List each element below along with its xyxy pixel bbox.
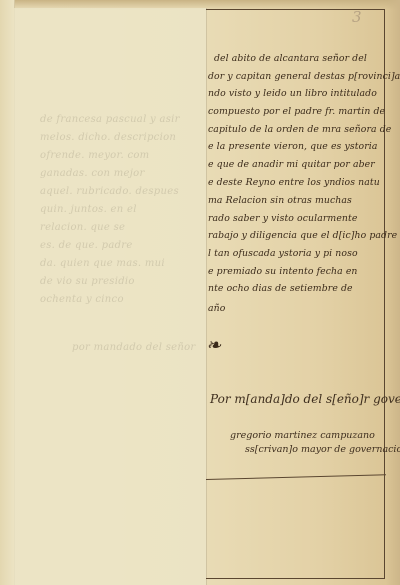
manuscript-page: de francesa pascual y asir melos. dicho.… <box>0 0 400 585</box>
manuscript-line: del abito de alcantara señor del <box>214 53 367 64</box>
ghost-text-line: da. quien que mas. mui <box>40 258 165 269</box>
ghost-text-line: ochenta y cinco <box>40 294 124 305</box>
manuscript-line: e deste Reyno entre los yndios natu <box>208 177 380 188</box>
secretary-title: ss[crivan]o mayor de governacion <box>245 444 400 455</box>
order-line: Por m[anda]do del s[eño]r governador <box>210 392 400 406</box>
manuscript-line: ma Relacion sin otras muchas <box>208 195 352 206</box>
manuscript-line: rado saber y visto ocularmente <box>208 213 357 224</box>
manuscript-line: ndo visto y leido un libro intitulado <box>208 88 377 99</box>
folio-number: 3 <box>352 8 362 26</box>
ghost-text-line: quin. juntos. en el <box>40 204 137 215</box>
manuscript-line: e premiado su intento fecha en <box>208 266 358 277</box>
manuscript-line: e que de anadir mi quitar por aber <box>208 159 375 170</box>
ghost-text-line: de francesa pascual y asir <box>40 114 180 125</box>
manuscript-line: e la presente vieron, que es ystoria <box>208 141 378 152</box>
ghost-text-line: ganadas. con mejor <box>40 168 145 179</box>
manuscript-line: dor y capitan general destas p[rovinci]a… <box>208 71 400 82</box>
manuscript-line: año <box>208 303 225 314</box>
ghost-text-line: melos. dicho. descripcion <box>40 132 176 143</box>
manuscript-line: l tan ofuscada ystoria y pi noso <box>208 248 358 259</box>
ghost-text-line: ofrende. meyor. com <box>40 150 149 161</box>
manuscript-line: rabajo y diligencia que el d[ic]ho padre <box>208 230 397 241</box>
ghost-signature: por mandado del señor <box>72 342 196 353</box>
rubric-flourish: ❧ <box>206 335 221 356</box>
overlay-fold-strip <box>0 0 15 585</box>
manuscript-line: nte ocho dias de setiembre de <box>208 283 353 294</box>
manuscript-line: compuesto por el padre fr. martin de <box>208 106 385 117</box>
ghost-text-line: es. de que. padre <box>40 240 133 251</box>
secretary-name: gregorio martinez campuzano <box>230 430 375 441</box>
ghost-text-line: de vio su presidio <box>40 276 135 287</box>
manuscript-line: capitulo de la orden de mra señora de <box>208 124 391 135</box>
ghost-text-line: aquel. rubricado. despues <box>40 186 179 197</box>
right-page-edge <box>386 0 400 585</box>
ghost-text-line: relacion. que se <box>40 222 125 233</box>
